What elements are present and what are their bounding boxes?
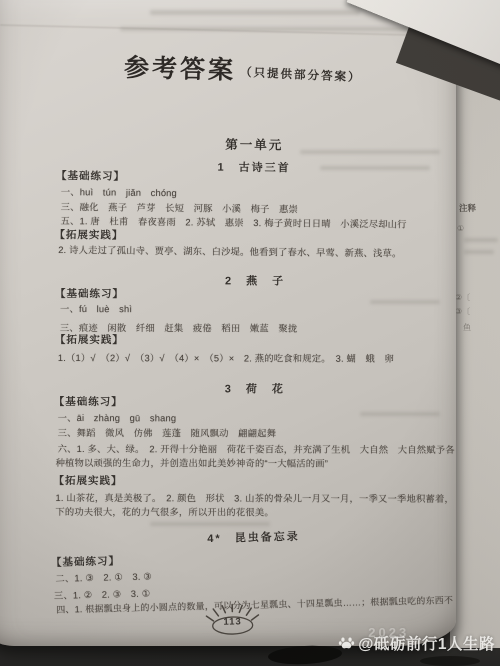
paw-icon [338,635,355,652]
dark-object [420,656,480,666]
watermark: 2023 @砥砺前行1人生路 [338,632,495,654]
page-number: 113 [203,616,261,628]
watermark-ghost: 2023 [368,625,409,640]
answer-line: 二、1. ③ 2. ① 3. ③ [55,569,152,585]
book-photo: ① ② 注释 ① ②〔 ③〔 鱼 参考答案 （只提供部分答案） 第一单元 1 古… [0,0,500,666]
practice-label: 【基础练习】 [51,553,120,570]
lesson-heading-4: 4* 昆虫备忘录 [8,523,498,551]
page-number-ornament: 113 [203,603,262,638]
answer-line: 三、1. ② 2. ③ 3. ① [54,586,151,602]
